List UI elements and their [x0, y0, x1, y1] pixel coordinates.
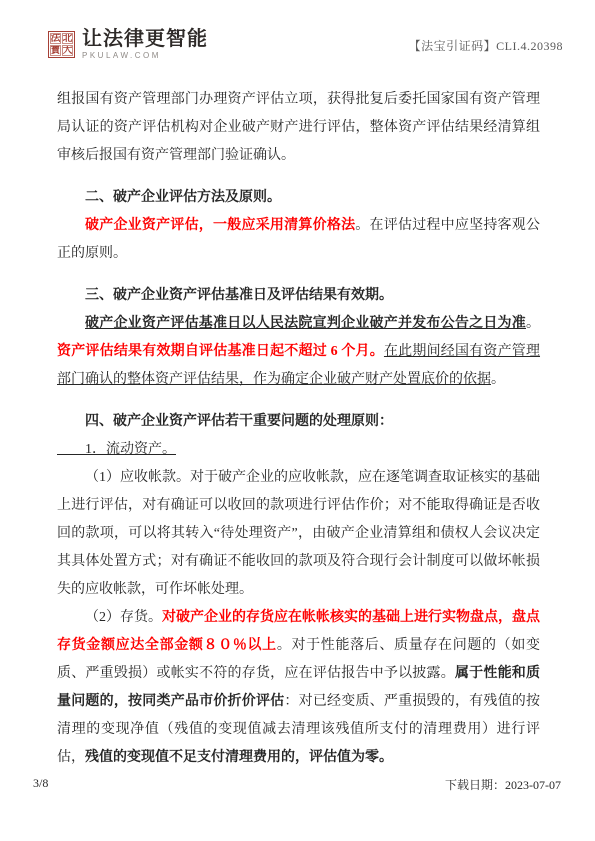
- page-number: 3/8: [33, 776, 48, 793]
- pkulaw-seal-icon: 法 北 寳 大: [48, 31, 75, 58]
- page-header: 法 北 寳 大 让法律更智能 PKULAW.COM 【法宝引证码】CLI.4.2…: [48, 28, 563, 70]
- text-run: 组报国有资产管理部门办理资产评估立项，获得批复后委托国家国有资产管理局认证的资产…: [57, 92, 540, 163]
- text-run: （2）存货。: [85, 610, 162, 625]
- paragraph: 二、破产企业评估方法及原则。: [57, 184, 540, 212]
- citation-code: 【法宝引证码】CLI.4.20398: [409, 37, 563, 54]
- logo-text: 让法律更智能 PKULAW.COM: [82, 28, 208, 61]
- text-run: 四、破产企业资产评估若干重要问题的处理原则：: [85, 414, 393, 429]
- text-run: 资产评估结果有效期自评估基准日起不超过 6 个月。: [57, 344, 384, 359]
- text-run: 。: [526, 316, 540, 331]
- seal-char: 寳: [50, 45, 61, 56]
- text-run: 。: [491, 372, 505, 387]
- paragraph: 组报国有资产管理部门办理资产评估立项，获得批复后委托国家国有资产管理局认证的资产…: [57, 86, 540, 170]
- paragraph: （1）应收帐款。对于破产企业的应收帐款，应在逐笔调查取证核实的基础上进行评估，对…: [57, 464, 540, 604]
- seal-char: 大: [62, 45, 73, 56]
- paragraph: 破产企业资产评估，一般应采用清算价格法。在评估过程中应坚持客观公正的原则。: [57, 212, 540, 268]
- logo-slogan: 让法律更智能: [82, 28, 208, 50]
- seal-char: 法: [50, 33, 61, 44]
- text-run: （1）应收帐款。对于破产企业的应收帐款，应在逐笔调查取证核实的基础上进行评估，对…: [57, 470, 540, 597]
- paragraph: 破产企业资产评估基准日以人民法院宣判企业破产并发布公告之日为准。资产评估结果有效…: [57, 310, 540, 394]
- paragraph: 1．流动资产。: [57, 436, 540, 464]
- pkulaw-logo: 法 北 寳 大 让法律更智能 PKULAW.COM: [48, 28, 208, 61]
- download-date: 下载日期：2023-07-07: [445, 776, 561, 793]
- paragraph: 三、破产企业资产评估基准日及评估结果有效期。: [57, 282, 540, 310]
- page-footer: 3/8 下载日期：2023-07-07: [33, 776, 561, 793]
- text-run: 残值的变现值不足支付清理费用的，评估值为零。: [85, 750, 393, 765]
- logo-domain: PKULAW.COM: [82, 51, 208, 61]
- document-page: 法 北 寳 大 让法律更智能 PKULAW.COM 【法宝引证码】CLI.4.2…: [0, 0, 595, 841]
- paragraph: （2）存货。对破产企业的存货应在帐帐核实的基础上进行实物盘点，盘点存货金额应达全…: [57, 604, 540, 772]
- text-run: 破产企业资产评估，一般应采用清算价格法: [85, 218, 355, 233]
- seal-char: 北: [62, 33, 73, 44]
- text-run: 二、破产企业评估方法及原则。: [85, 190, 281, 205]
- text-run: 1．流动资产。: [57, 442, 176, 457]
- text-run: 三、破产企业资产评估基准日及评估结果有效期。: [85, 288, 393, 303]
- text-run: 破产企业资产评估基准日以人民法院宣判企业破产并发布公告之日为准: [85, 316, 526, 331]
- paragraph: 四、破产企业资产评估若干重要问题的处理原则：: [57, 408, 540, 436]
- document-body: 组报国有资产管理部门办理资产评估立项，获得批复后委托国家国有资产管理局认证的资产…: [57, 86, 540, 772]
